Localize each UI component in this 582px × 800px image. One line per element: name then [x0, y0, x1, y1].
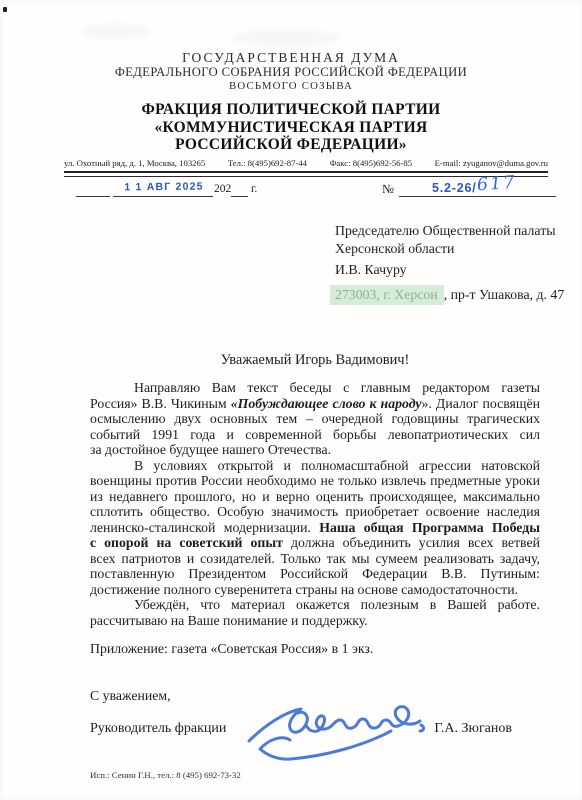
body-text-segment: Наша общая Программа Победы: [319, 520, 540, 535]
addressee-address: 273003, г. Херсон, пр-т Ушакова, д. 47: [330, 287, 564, 303]
letterhead-rule-thick: [64, 171, 548, 173]
body-text-segment: Россия» В.В. Чикиным: [90, 396, 231, 411]
year-prefix: 202: [214, 183, 231, 195]
body-text-segment: Убеждён, что материал окажется полезным …: [90, 597, 540, 613]
body-line: осмыслению двух основных тем – очередной…: [90, 411, 540, 427]
signature-autograph: [241, 695, 437, 765]
body-line: поставленную Президентом Российской Феде…: [90, 566, 540, 582]
address-highlighted: 273003, г. Херсон: [330, 285, 444, 305]
letterhead-contact-line: ул. Охотный ряд, д. 1, Москва, 103265 Те…: [64, 158, 548, 168]
salutation: Уважаемый Игорь Вадимович!: [90, 352, 540, 369]
reference-row: 1 1 АВГ 2025 202 г. № 5.2-26/ 617: [0, 181, 582, 199]
body-text-segment: Направляю Вам текст беседы с главным ред…: [90, 380, 540, 396]
email: E-mail: zyuganov@duma.gov.ru: [435, 158, 548, 168]
body-line: за достойное будущее нашего Отечества.: [90, 442, 540, 458]
body-line: с опорой на советский опыт должна объеди…: [90, 535, 540, 551]
letterhead: ГОСУДАРСТВЕННАЯ ДУМА ФЕДЕРАЛЬНОГО СОБРАН…: [0, 50, 582, 154]
letter-page: ГОСУДАРСТВЕННАЯ ДУМА ФЕДЕРАЛЬНОГО СОБРАН…: [0, 0, 582, 800]
body-text-segment: событий 1991 года и современной борьбы л…: [90, 427, 540, 442]
addressee-block: Председателю Общественной палаты Херсонс…: [335, 222, 556, 279]
addressee-line1: Председателю Общественной палаты: [335, 222, 556, 240]
executor-line: Исп.: Сенин Г.Н., тел.: 8 (495) 692-73-3…: [90, 770, 241, 780]
postal-address: ул. Охотный ряд, д. 1, Москва, 103265: [64, 158, 205, 168]
signer-name: Г.А. Зюганов: [434, 720, 512, 737]
outgoing-number-stamp: 5.2-26/: [432, 181, 477, 195]
year-word: г.: [251, 183, 257, 195]
org-name-line2: ФЕДЕРАЛЬНОГО СОБРАНИЯ РОССИЙСКОЙ ФЕДЕРАЦ…: [0, 65, 582, 80]
body-line: ленинско-сталинской модернизации. Наша о…: [90, 520, 540, 536]
attachment-line: Приложение: газета «Советская Россия» в …: [90, 641, 540, 657]
body-paragraphs: Направляю Вам текст беседы с главным ред…: [90, 380, 540, 628]
body-line: достижение полного суверенитета страны н…: [90, 582, 540, 598]
addressee-line2: Херсонской области: [335, 240, 556, 258]
body-line: военщины против России необходимо не тол…: [90, 473, 540, 489]
body-text-segment: ленинско-сталинской модернизации.: [90, 520, 319, 535]
body-text-segment: рассчитываю на Ваше понимание и поддержк…: [90, 613, 368, 628]
scan-smudge: [80, 24, 150, 38]
body-line: Направляю Вам текст беседы с главным ред…: [90, 380, 540, 396]
incoming-date-stamp: 1 1 АВГ 2025: [116, 180, 212, 193]
org-name-line3: ВОСЬМОГО СОЗЫВА: [0, 80, 582, 93]
body-line: из недавнего прошлого, но и верно оценит…: [90, 489, 540, 505]
signer-position: Руководитель фракции: [90, 720, 226, 737]
faction-title-line2: «КОММУНИСТИЧЕСКАЯ ПАРТИЯ: [0, 119, 582, 137]
scan-smudge: [230, 30, 340, 46]
body-text-segment: В условиях открытой и полномасштабной аг…: [134, 458, 540, 473]
body-text-segment: всех патриотов и созидателей. Только так…: [90, 551, 540, 566]
fax: Факс: 8(495)692-56-85: [330, 158, 413, 168]
body-text-segment: ». Диалог посвящён: [422, 396, 540, 411]
body-text-segment: из недавнего прошлого, но и верно оценит…: [90, 489, 540, 504]
body-text-segment: достижение полного суверенитета страны н…: [90, 582, 518, 597]
faction-title-line1: ФРАКЦИЯ ПОЛИТИЧЕСКОЙ ПАРТИИ: [0, 101, 582, 119]
body-line: В условиях открытой и полномасштабной аг…: [90, 458, 540, 474]
body-text-segment: за достойное будущее нашего Отечества.: [90, 442, 331, 457]
body-text-segment: поставленную Президентом Российской Феде…: [90, 566, 540, 581]
handwritten-number: 617: [476, 173, 517, 196]
body-line: событий 1991 года и современной борьбы л…: [90, 427, 540, 443]
number-sign: №: [382, 182, 394, 197]
body-line: Убеждён, что материал окажется полезным …: [90, 597, 540, 613]
faction-title-line3: РОССИЙСКОЙ ФЕДЕРАЦИИ»: [0, 136, 582, 154]
scan-speck: [3, 7, 7, 12]
org-name-line1: ГОСУДАРСТВЕННАЯ ДУМА: [0, 50, 582, 65]
body-line: Россия» В.В. Чикиным «Побуждающее слово …: [90, 396, 540, 412]
body-text-segment: военщины против России необходимо не тол…: [90, 473, 540, 488]
body-text-segment: сплотить общество. Особую значимость при…: [90, 504, 540, 519]
body-line: рассчитываю на Ваше понимание и поддержк…: [90, 613, 540, 629]
body-line: сплотить общество. Особую значимость при…: [90, 504, 540, 520]
address-rest: , пр-т Ушакова, д. 47: [444, 287, 565, 302]
body-text-segment: «Побуждающее слово к народу: [231, 396, 422, 411]
body-text-segment: осмыслению двух основных тем – очередной…: [90, 411, 540, 426]
letter-body: Уважаемый Игорь Вадимович! Направляю Вам…: [90, 352, 540, 737]
body-text-segment: с опорой на советский опыт: [90, 535, 283, 550]
date-blank-line: [76, 181, 110, 197]
year-blank-line: [231, 181, 248, 197]
addressee-name: И.В. Качуру: [335, 261, 556, 279]
body-line: всех патриотов и созидателей. Только так…: [90, 551, 540, 567]
phone: Тел.: 8(495)692-87-44: [228, 158, 307, 168]
